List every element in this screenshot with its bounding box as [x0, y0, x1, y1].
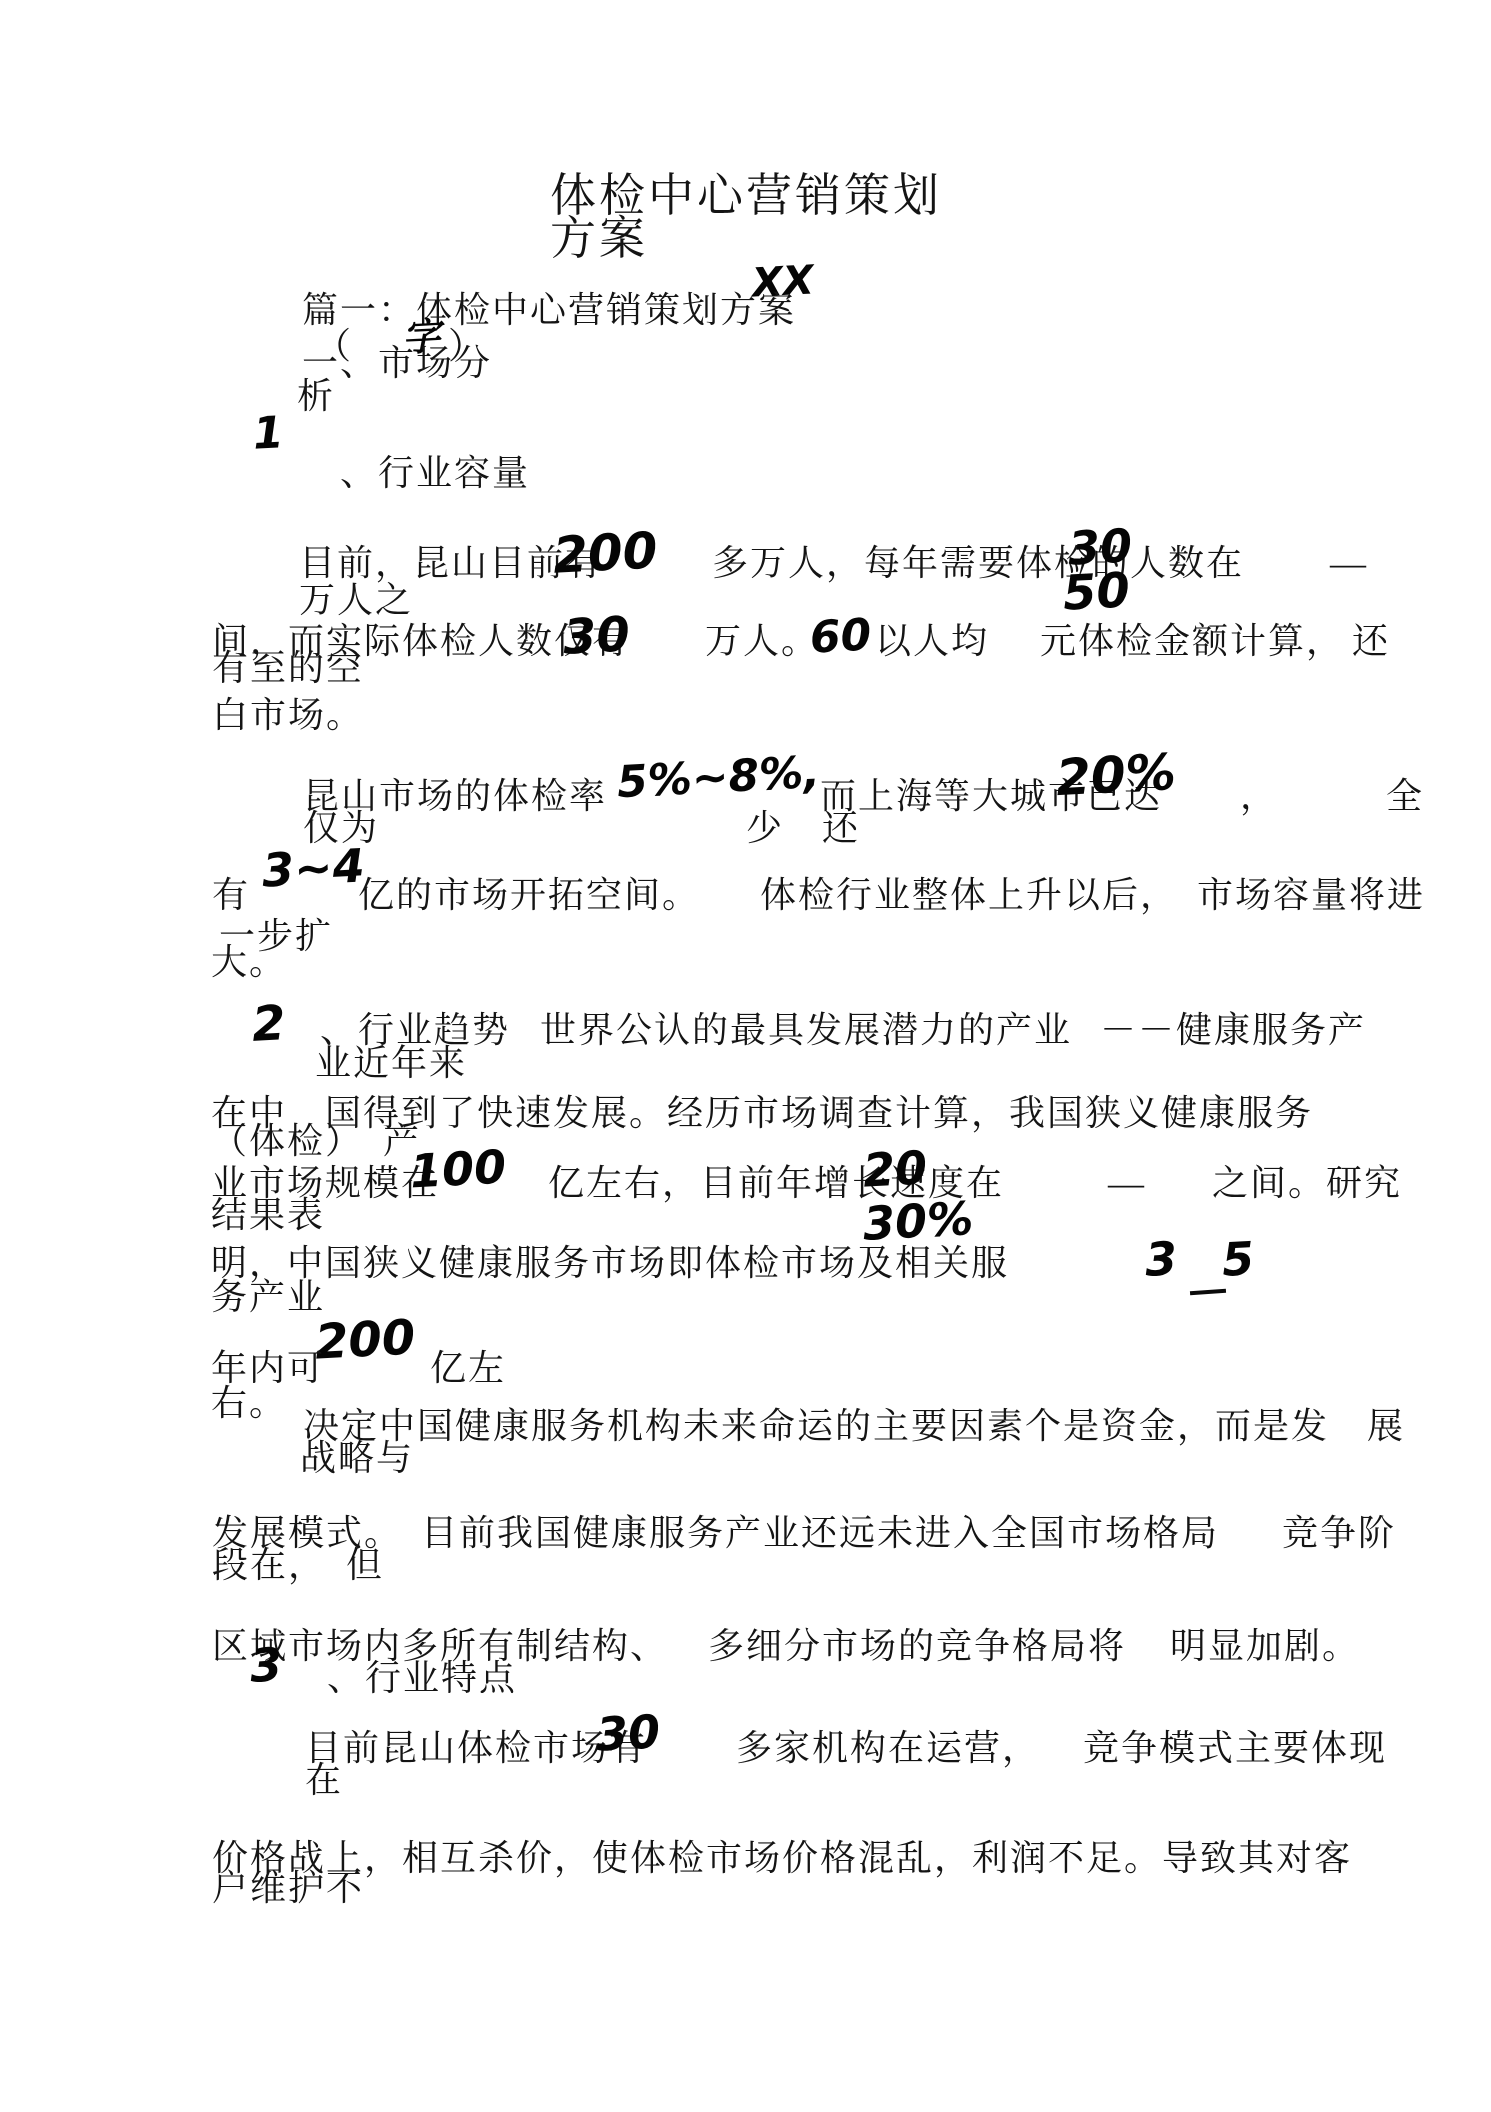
body-text-p4l5c: 明显加剧。 [1170, 1628, 1360, 1666]
body-text-p2l3d: 市场容量将进 [1197, 877, 1425, 915]
handwritten-5-8-percent: 5%~8%, [616, 751, 821, 806]
item1-label: 、行业容量 [340, 455, 530, 493]
body-text-p3l4: 结果表 [211, 1197, 325, 1235]
body-text-dash: — [1330, 545, 1368, 583]
body-text-p4l2: 战略与 [300, 1440, 414, 1478]
handwritten-20-percent: 20% [1055, 747, 1177, 803]
handwritten-number-3: 3 [249, 1641, 283, 1689]
body-text-p5l2: 在 [305, 1762, 343, 1800]
body-text-p2l1d: 全 [1386, 778, 1424, 816]
body-text-p1l5: 白市场。 [212, 697, 364, 735]
body-text-p1l2: 万人之 [299, 582, 413, 620]
section-heading: 篇一：体检中心营销策划方案 [302, 292, 796, 330]
body-text-p1l1b: 多万人，每年需要体检的人数在 [712, 545, 1244, 583]
handwritten-200: 200 [552, 525, 659, 580]
body-text-p5l3: 价格战上，相互杀价，使体检市场价格混乱，利润不足。导致其对客 [212, 1840, 1352, 1878]
body-text-p5l1b: 多家机构在运营， [736, 1730, 1040, 1768]
body-text-p4l3b: 目前我国健康服务产业还远未进入全国市场格局 [421, 1515, 1219, 1553]
body-text-p2l2b: 少 还 [746, 810, 860, 848]
body-text-p2l3b: 亿的市场开拓空间。 [358, 877, 700, 915]
body-text-item2b: 世界公认的最具发展潜力的产业 [540, 1012, 1072, 1050]
item3-label: 、行业特点 [327, 1660, 517, 1698]
section1-title-b: 析 [297, 378, 335, 416]
handwritten-3: 3 [1144, 1235, 1178, 1283]
handwritten-50: 50 [1062, 566, 1131, 617]
handwritten-200: 200 [314, 1313, 417, 1366]
body-text-p2l3a: 有 [212, 877, 250, 915]
handwritten-3-4: 3~4 [261, 842, 366, 893]
body-text-p2l5: 大。 [211, 944, 287, 982]
body-text-p1l3c: 以人均 [875, 623, 989, 661]
handwritten-5: 5 [1221, 1235, 1255, 1283]
handwritten-100: 100 [409, 1144, 507, 1195]
body-text-p3l3d: 之间。研究 [1212, 1165, 1402, 1203]
body-text-p1l3b: 万人。 [705, 623, 819, 661]
body-text-p4l1: 决定中国健康服务机构未来命运的主要因素个是资金，而是发 展 [303, 1408, 1405, 1446]
handwritten-30: 30 [562, 610, 631, 661]
body-text-dash: — [1108, 1165, 1146, 1203]
handwritten-30: 30 [595, 1708, 661, 1757]
body-text-p3l6: 务产业 [211, 1279, 325, 1317]
handwritten-underscore [1190, 1289, 1226, 1296]
body-text-p3l5: 明，中国狭义健康服务市场即体检市场及相关服 [211, 1245, 1009, 1283]
handwritten-number-2: 2 [251, 999, 287, 1049]
body-text-p3l8: 右。 [211, 1385, 287, 1423]
body-text-p3l7b: 亿左 [430, 1350, 506, 1388]
document-title-line2: 方案 [550, 215, 648, 263]
body-text-p5l4: 户维护不 [212, 1870, 364, 1908]
body-text-p1l3e: 还 [1352, 623, 1390, 661]
document-page: 体检中心营销策划 方案 XX 篇一：体检中心营销策划方案 （ 字 ） 一、市场分… [0, 0, 1491, 2112]
body-text-p2l1c: ， [1240, 778, 1278, 816]
handwritten-30-percent: 30% [862, 1195, 974, 1247]
body-text-p5l1c: 竞争模式主要体现 [1083, 1730, 1387, 1768]
body-text-item2c: －－健康服务产 [1100, 1012, 1366, 1050]
body-text-p4l4: 段在， 但 [212, 1547, 384, 1585]
body-text-p4l3c: 竞争阶 [1282, 1515, 1396, 1553]
body-text-p3l2: （体检） 产 [211, 1123, 421, 1161]
body-text-p4l5b: 多细分市场的竞争格局将 [708, 1628, 1126, 1666]
body-text-p1l3d: 元体检金额计算， [1040, 623, 1344, 661]
body-text-p2l3c: 体检行业整体上升以后， [760, 877, 1178, 915]
body-text-p1l4: 有至的空 [212, 650, 364, 688]
handwritten-number-1: 1 [252, 411, 285, 457]
handwritten-60: 60 [809, 613, 872, 660]
handwritten-20: 20 [862, 1144, 928, 1193]
body-text-item2d: 业近年来 [315, 1045, 467, 1083]
